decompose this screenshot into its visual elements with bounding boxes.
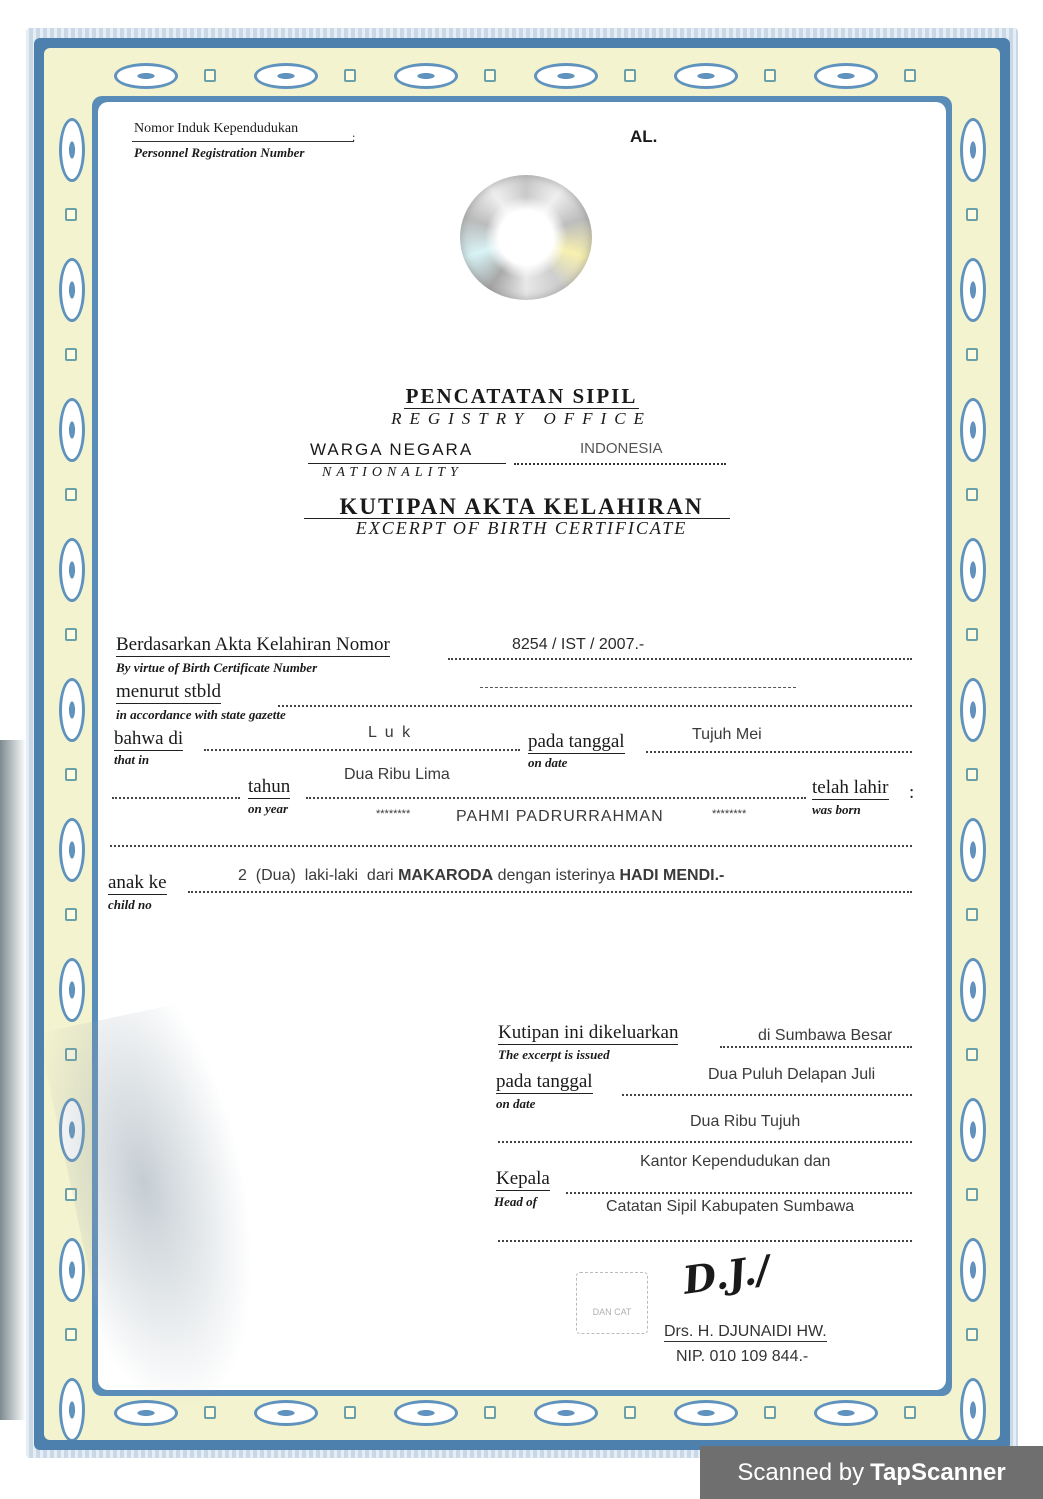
birth-date-value: Tujuh Mei (692, 726, 762, 744)
issued-date-value-2: Dua Ribu Tujuh (690, 1113, 800, 1131)
name-stars-left: ******** (376, 808, 410, 820)
ornament-dot-icon (764, 1406, 776, 1419)
name-dotted-line (110, 845, 912, 847)
ornament-dot-icon (65, 348, 77, 361)
ornament-medallion-icon (59, 538, 85, 602)
nationality-label-en: NATIONALITY (322, 465, 463, 481)
child-info-value: 2 (Dua) laki-laki dari MAKARODA dengan i… (238, 867, 724, 885)
child-dotted-line (188, 891, 912, 893)
birth-date-label-en: on date (528, 755, 567, 771)
nik-label: Nomor Induk Kependudukan (134, 121, 298, 137)
ornament-dot-icon (904, 1406, 916, 1419)
ornament-dot-icon (65, 768, 77, 781)
ornament-medallion-icon (960, 538, 986, 602)
issued-dotted-line (720, 1046, 912, 1048)
issued-label-en: The excerpt is issued (498, 1047, 610, 1063)
birth-date-dotted-line (646, 751, 912, 753)
document-title-en: EXCERPT OF BIRTH CERTIFICATE (0, 518, 1043, 539)
scan-shadow (0, 740, 26, 1420)
head-label: Kepala (496, 1168, 550, 1190)
ornament-dot-icon (624, 69, 636, 82)
ornament-medallion-icon (674, 63, 738, 89)
child-order-text: 2 (Dua) laki-laki dari (238, 867, 394, 884)
ornament-medallion-icon (59, 258, 85, 322)
ornament-medallion-icon (960, 118, 986, 182)
office-title: PENCATATAN SIPIL (0, 384, 1043, 409)
ornament-medallion-icon (59, 1378, 85, 1440)
cert-number-label-en: By virtue of Birth Certificate Number (116, 660, 317, 676)
head-dotted-line-1 (566, 1192, 912, 1194)
ornament-dot-icon (966, 908, 978, 921)
stbld-dotted-line (278, 705, 912, 707)
ornament-dot-icon (65, 908, 77, 921)
issued-date-dotted-line-2 (498, 1141, 912, 1143)
year-label-text: tahun (248, 776, 290, 799)
issued-label: Kutipan ini dikeluarkan (498, 1022, 678, 1044)
nik-label-en: Personnel Registration Number (134, 145, 304, 161)
place-label-text: bahwa di (114, 728, 183, 751)
mother-name: HADI MENDI.- (620, 867, 725, 884)
ornament-row-top (44, 48, 1000, 103)
father-name: MAKARODA (398, 867, 493, 884)
ornament-dot-icon (204, 69, 216, 82)
cert-number-dotted-line (448, 658, 912, 660)
year-leading-dotted-line (112, 797, 240, 799)
place-label: bahwa di (114, 728, 183, 750)
ornament-dot-icon (65, 1328, 77, 1341)
year-label-en: on year (248, 801, 288, 817)
nationality-label: WARGA NEGARA (310, 440, 473, 460)
head-dotted-line-2 (498, 1240, 912, 1242)
ornament-dot-icon (65, 208, 77, 221)
issued-label-text: Kutipan ini dikeluarkan (498, 1022, 678, 1045)
nik-colon: : (352, 130, 355, 145)
office-title-text: PENCATATAN SIPIL (404, 384, 640, 409)
ornament-dot-icon (904, 69, 916, 82)
issued-date-label-text: pada tanggal (496, 1071, 593, 1094)
ornament-dot-icon (966, 348, 978, 361)
nik-underline (132, 141, 354, 142)
ornament-medallion-icon (59, 818, 85, 882)
child-number-label: anak ke (108, 872, 167, 894)
birth-date-label: pada tanggal (528, 731, 625, 753)
ornament-medallion-icon (960, 1238, 986, 1302)
ornament-dot-icon (966, 1048, 978, 1061)
scanner-watermark: Scanned by TapScanner (700, 1446, 1043, 1499)
issued-date-dotted-line-1 (622, 1094, 912, 1096)
place-value: L u k (368, 724, 412, 742)
head-value-1: Kantor Kependudukan dan (640, 1153, 830, 1171)
signer-name: Drs. H. DJUNAIDI HW. (664, 1323, 827, 1342)
ornament-dot-icon (65, 628, 77, 641)
hologram-seal-icon (460, 175, 592, 300)
ornament-medallion-icon (394, 63, 458, 89)
ornament-medallion-icon (394, 1400, 458, 1426)
birth-date-label-text: pada tanggal (528, 731, 625, 754)
ornament-medallion-icon (534, 63, 598, 89)
ornament-medallion-icon (814, 1400, 878, 1426)
ornament-medallion-icon (59, 958, 85, 1022)
year-label: tahun (248, 776, 290, 798)
document-title: KUTIPAN AKTA KELAHIRAN (0, 494, 1043, 520)
head-value-2: Catatan Sipil Kabupaten Sumbawa (606, 1198, 854, 1216)
nationality-underline (308, 463, 506, 464)
ornament-medallion-icon (114, 63, 178, 89)
ornament-column-right (945, 48, 1000, 1440)
cert-number-label-text: Berdasarkan Akta Kelahiran Nomor (116, 634, 390, 657)
ornament-medallion-icon (59, 118, 85, 182)
born-colon: : (909, 782, 914, 804)
cert-number-label: Berdasarkan Akta Kelahiran Nomor (116, 634, 390, 656)
ornament-dot-icon (966, 628, 978, 641)
child-number-label-text: anak ke (108, 872, 167, 895)
ornament-medallion-icon (534, 1400, 598, 1426)
official-stamp: DAN CAT (576, 1272, 648, 1334)
ornament-dot-icon (624, 1406, 636, 1419)
ornament-dot-icon (764, 69, 776, 82)
stbld-label: menurut stbld (116, 681, 221, 703)
nationality-dotted-line (514, 463, 726, 465)
nationality-value: INDONESIA (580, 440, 663, 457)
ornament-medallion-icon (59, 1238, 85, 1302)
born-label: telah lahir (812, 777, 889, 799)
name-stars-right: ******** (712, 808, 746, 820)
birth-year-dotted-line (306, 797, 806, 799)
child-number-label-en: child no (108, 897, 152, 913)
relation-text: dengan isterinya (498, 867, 615, 884)
stbld-dash-line (480, 687, 796, 688)
ornament-medallion-icon (254, 63, 318, 89)
place-label-en: that in (114, 752, 149, 768)
ornament-dot-icon (484, 1406, 496, 1419)
born-label-text: telah lahir (812, 777, 889, 800)
stamp-text: DAN CAT (577, 1307, 647, 1317)
watermark-brand: TapScanner (870, 1459, 1006, 1487)
ornament-dot-icon (344, 69, 356, 82)
issued-place-value: di Sumbawa Besar (758, 1027, 892, 1045)
issued-date-label-en: on date (496, 1096, 535, 1112)
ornament-medallion-icon (59, 678, 85, 742)
watermark-prefix: Scanned by (737, 1459, 864, 1487)
head-label-en: Head of (494, 1194, 537, 1210)
ornament-medallion-icon (960, 1098, 986, 1162)
ornament-dot-icon (966, 1328, 978, 1341)
birth-year-value: Dua Ribu Lima (344, 766, 450, 784)
ornament-medallion-icon (960, 1378, 986, 1440)
child-name-value: PAHMI PADRURRAHMAN (456, 808, 664, 826)
issued-date-label: pada tanggal (496, 1071, 593, 1093)
issued-date-value-1: Dua Puluh Delapan Juli (708, 1066, 875, 1084)
ornament-medallion-icon (960, 678, 986, 742)
ornament-medallion-icon (814, 63, 878, 89)
ornament-dot-icon (484, 69, 496, 82)
ornament-dot-icon (966, 1188, 978, 1201)
signer-nip: NIP. 010 109 844.- (676, 1348, 808, 1366)
ornament-medallion-icon (674, 1400, 738, 1426)
ornament-dot-icon (966, 768, 978, 781)
stbld-label-en: in accordance with state gazette (116, 707, 286, 723)
head-label-text: Kepala (496, 1168, 550, 1191)
ornament-dot-icon (344, 1406, 356, 1419)
stbld-label-text: menurut stbld (116, 681, 221, 704)
place-dotted-line (204, 749, 520, 751)
cert-number-value: 8254 / IST / 2007.- (512, 636, 644, 654)
born-label-en: was born (812, 802, 861, 818)
ornament-medallion-icon (960, 258, 986, 322)
ornament-medallion-icon (960, 958, 986, 1022)
office-title-en: REGISTRY OFFICE (0, 409, 1043, 429)
ornament-medallion-icon (960, 818, 986, 882)
serial-number: AL. (630, 127, 657, 147)
ornament-dot-icon (966, 208, 978, 221)
